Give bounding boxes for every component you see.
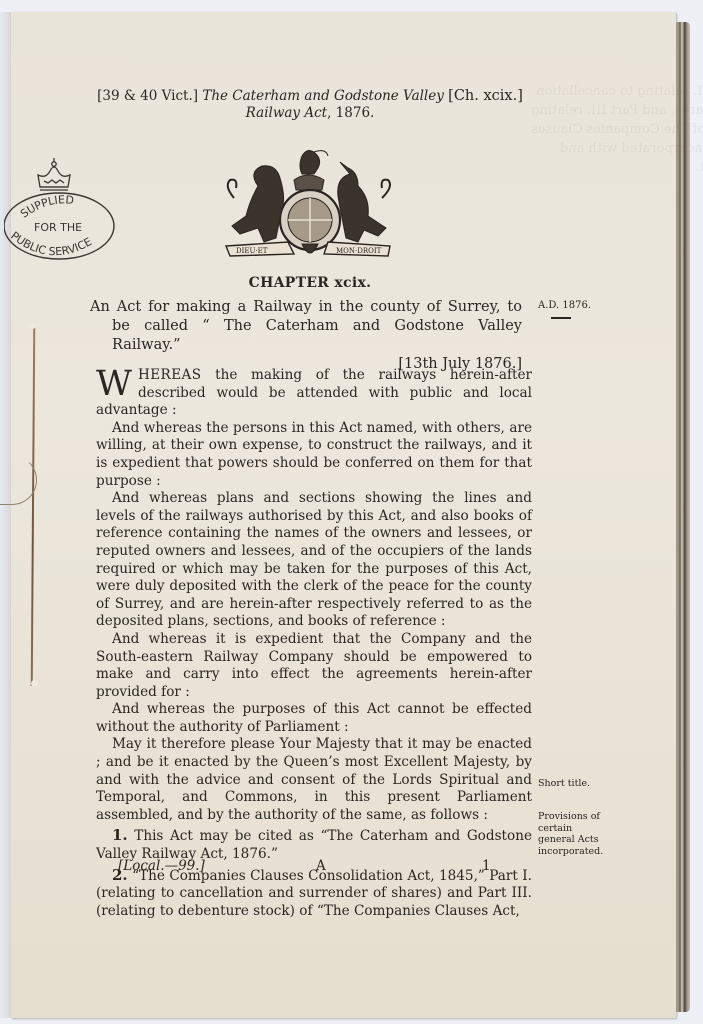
long-title-line-2: be called “ The Caterham and Godstone Va… — [90, 317, 522, 355]
svg-text:SUPPLIED: SUPPLIED — [18, 193, 74, 220]
section-2: 2. “The Companies Clauses Consolidation … — [96, 867, 532, 921]
regnal-year: [39 & 40 Vict.] — [97, 88, 198, 104]
enacting-formula: May it therefore please Your Majesty tha… — [96, 736, 532, 824]
preamble-paragraph: And whereas the persons in this Act name… — [96, 420, 532, 490]
gathering-letter: A — [316, 858, 326, 874]
header-chapter-ref: [Ch. xcix.] — [448, 88, 523, 104]
stamp-line-2: FOR THE — [34, 221, 82, 234]
stamp-line-1: SUPPLIED — [18, 193, 74, 220]
binding-knot-bottom — [31, 680, 38, 687]
header-short-title-cont: Railway Act — [246, 105, 327, 121]
preamble-paragraph: WHEREAS the making of the railways herei… — [96, 367, 532, 420]
long-title: An Act for making a Railway in the count… — [90, 298, 522, 374]
royal-coat-of-arms-icon: DIEU·ET MON·DROIT — [218, 146, 400, 264]
margin-note-short-title: Short title. — [538, 778, 590, 790]
motto-right: MON·DROIT — [336, 247, 382, 255]
running-header: [39 & 40 Vict.] The Caterham and Godston… — [90, 88, 530, 122]
act-body: WHEREAS the making of the railways herei… — [96, 367, 532, 920]
page-number: 1 — [482, 858, 491, 874]
dropcap: W — [96, 369, 132, 399]
motto-left: DIEU·ET — [236, 247, 268, 255]
margin-year: A.D. 1876. — [538, 300, 591, 311]
preamble-paragraph: And whereas plans and sections showing t… — [96, 490, 532, 631]
header-short-title: The Caterham and Godstone Valley — [202, 88, 444, 104]
preamble-paragraph: And whereas it is expedient that the Com… — [96, 631, 532, 701]
signature-mark: [Local.—99.] — [118, 858, 205, 874]
margin-note-provisions: Provisions of certain general Acts incor… — [538, 811, 610, 857]
margin-rule — [551, 317, 571, 319]
chapter-title: CHAPTER xcix. — [90, 275, 530, 291]
crown-icon: SUPPLIED FOR THE PUBLIC SERVICE — [4, 157, 119, 267]
preamble-paragraph: And whereas the purposes of this Act can… — [96, 701, 532, 736]
long-title-line-1: An Act for making a Railway in the count… — [90, 298, 522, 317]
header-year: , 1876. — [327, 105, 374, 121]
public-service-stamp: SUPPLIED FOR THE PUBLIC SERVICE — [4, 157, 119, 267]
binding-knot-top — [28, 323, 36, 329]
